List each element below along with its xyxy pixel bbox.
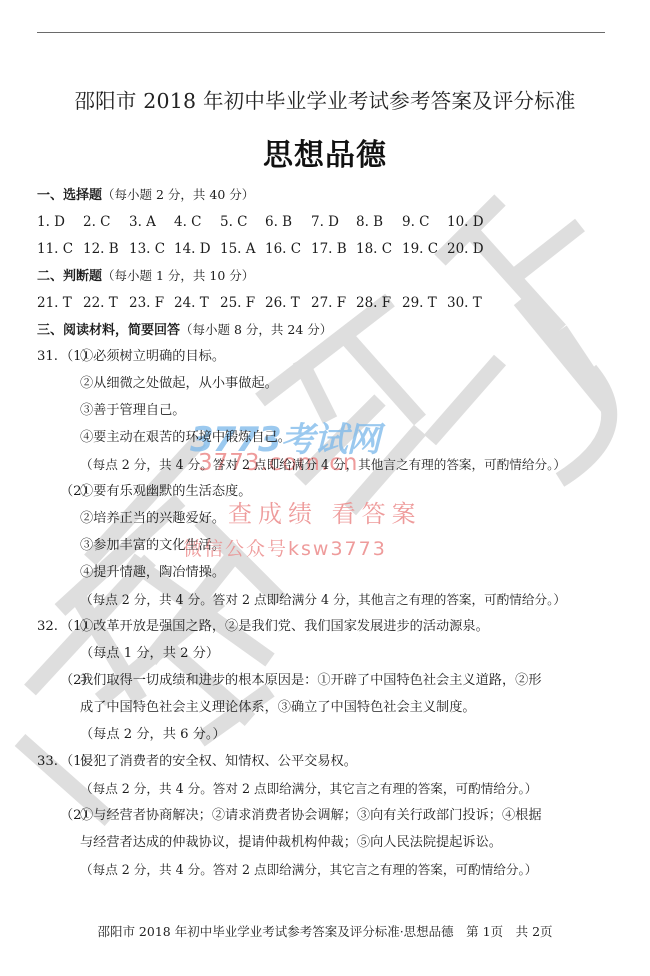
answer-line: ②培养正当的兴趣爱好。 [80, 510, 225, 528]
answer-item: 21. T [37, 295, 72, 311]
answer-item: 11. C [37, 241, 73, 257]
answer-item: 1. D [37, 214, 65, 230]
answer-line: ①与经营者协商解决；②请求消费者协会调解；③向有关行政部门投诉；④根据 [80, 807, 542, 825]
answer-item: 13. C [129, 241, 165, 257]
section-heading-judge: 二、判断题（每小题 1 分，共 10 分） [37, 267, 254, 286]
answer-item: 2. C [83, 214, 111, 230]
answer-item: 24. T [174, 295, 209, 311]
answer-item: 28. F [356, 295, 391, 311]
answer-item: 10. D [447, 214, 484, 230]
score-note: （每点 2 分，共 4 分。答对 2 点即给满分，其它言之有理的答案，可酌情给分… [80, 780, 537, 798]
answer-line: 与经营者达成的仲裁协议，提请仲裁机构仲裁；⑤向人民法院提起诉讼。 [80, 834, 502, 852]
section-heading-choice: 一、选择题（每小题 2 分，共 40 分） [37, 186, 254, 205]
answer-item: 25. F [220, 295, 255, 311]
answer-item: 29. T [402, 295, 437, 311]
answer-item: 8. B [356, 214, 383, 230]
answer-line: ④提升情趣，陶冶情操。 [80, 564, 225, 582]
answer-item: 27. F [311, 295, 346, 311]
answer-item: 12. B [83, 241, 119, 257]
answer-line: ①要有乐观幽默的生活态度。 [80, 483, 251, 501]
q33-number: 33. [37, 753, 58, 771]
answer-line: ②从细微之处做起，从小事做起。 [80, 375, 278, 393]
answer-item: 17. B [311, 241, 347, 257]
answer-item: 7. D [311, 214, 339, 230]
q31-number: 31. [37, 348, 58, 366]
answer-item: 14. D [174, 241, 211, 257]
answer-line: ①改革开放是强国之路，②是我们党、我们国家发展进步的活动源泉。 [80, 618, 489, 636]
answer-item: 26. T [265, 295, 300, 311]
answer-line: ③善于管理自己。 [80, 402, 186, 420]
score-note: （每点 2 分，共 6 分。） [80, 726, 226, 744]
answer-line: 我们取得一切成绩和进步的根本原因是：①开辟了中国特色社会主义道路，②形 [80, 672, 542, 690]
answer-item: 9. C [402, 214, 430, 230]
page-footer: 邵阳市 2018 年初中毕业学业考试参考答案及评分标准·思想品德 第 1页 共 … [0, 922, 650, 940]
answer-item: 23. F [129, 295, 164, 311]
answer-item: 20. D [447, 241, 484, 257]
header-rule [37, 32, 605, 33]
answer-item: 18. C [356, 241, 392, 257]
answer-key-page: 邵阳市 2018 年初中毕业学业考试参考答案及评分标准 思想品德 一、选择题（每… [0, 0, 650, 976]
answer-line: 侵犯了消费者的安全权、知情权、公平交易权。 [80, 753, 357, 771]
answer-item: 22. T [83, 295, 118, 311]
answer-line: ④要主动在艰苦的环境中锻炼自己。 [80, 429, 291, 447]
q32-number: 32. [37, 618, 58, 636]
score-note: （每点 2 分，共 4 分。答对 2 点即给满分 4 分，其他言之有理的答案，可… [80, 591, 566, 609]
answer-line: 成了中国特色社会主义理论体系，③确立了中国特色社会主义制度。 [80, 699, 476, 717]
answer-line: ③参加丰富的文化生活。 [80, 537, 225, 555]
document-title: 邵阳市 2018 年初中毕业学业考试参考答案及评分标准 [0, 84, 650, 114]
answer-item: 16. C [265, 241, 301, 257]
answer-item: 3. A [129, 214, 156, 230]
score-note: （每点 2 分，共 4 分。答对 2 点即给满分，其它言之有理的答案，可酌情给分… [80, 861, 537, 879]
answer-item: 19. C [402, 241, 438, 257]
answer-item: 30. T [447, 295, 482, 311]
answer-item: 6. B [265, 214, 292, 230]
answer-item: 15. A [220, 241, 256, 257]
score-note: （每点 1 分，共 2 分） [80, 645, 219, 663]
subject-title: 思想品德 [0, 130, 650, 174]
score-note: （每点 2 分，共 4 分。答对 2 点即给满分 4 分，其他言之有理的答案，可… [80, 456, 566, 474]
answer-item: 5. C [220, 214, 248, 230]
answer-item: 4. C [174, 214, 202, 230]
answer-line: ①必须树立明确的目标。 [80, 348, 225, 366]
section-heading-reading: 三、阅读材料，简要回答（每小题 8 分，共 24 分） [37, 321, 332, 340]
